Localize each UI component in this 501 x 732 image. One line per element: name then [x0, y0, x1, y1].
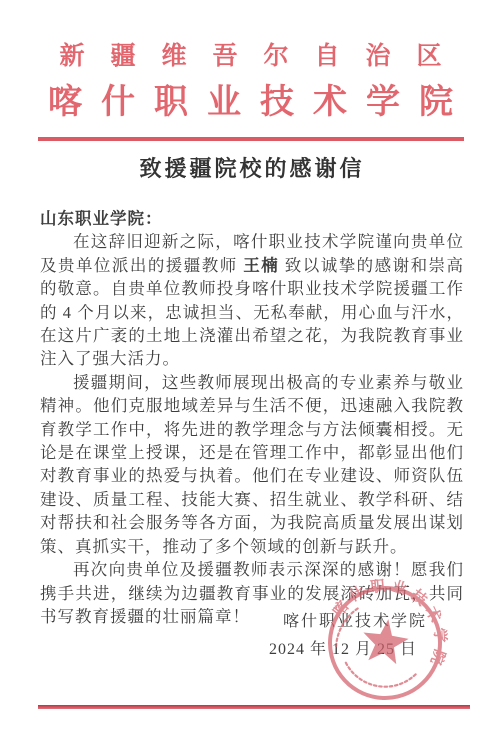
salutation: 山东职业学院：: [40, 207, 464, 230]
header-divider: [38, 137, 464, 141]
footer-divider: [38, 705, 470, 709]
letter-body: 山东职业学院： 在这辞旧迎新之际，喀什职业技术学院谨向贵单位及贵单位派出的援疆教…: [40, 207, 464, 628]
signature-date: 2024 年 12 月 25 日: [269, 636, 417, 659]
letter-title: 致援疆院校的感谢信: [0, 152, 501, 183]
teacher-name: 王楠: [243, 256, 279, 275]
seal-script-bottom: [343, 663, 417, 692]
paragraph-1: 在这辞旧迎新之际，喀什职业技术学院谨向贵单位及贵单位派出的援疆教师 王楠 致以诚…: [40, 230, 464, 370]
paragraph-2: 援疆期间，这些教师展现出极高的专业素养与敬业精神。他们克服地域差异与生活不便，迅…: [40, 371, 464, 558]
header-school-name: 喀什职业技术学院: [0, 74, 501, 123]
letter-page: 新疆维吾尔自治区 喀什职业技术学院 致援疆院校的感谢信 山东职业学院： 在这辞旧…: [0, 0, 501, 732]
header-region-name: 新疆维吾尔自治区: [0, 36, 501, 72]
signature-org: 喀什职业技术学院: [283, 608, 427, 631]
